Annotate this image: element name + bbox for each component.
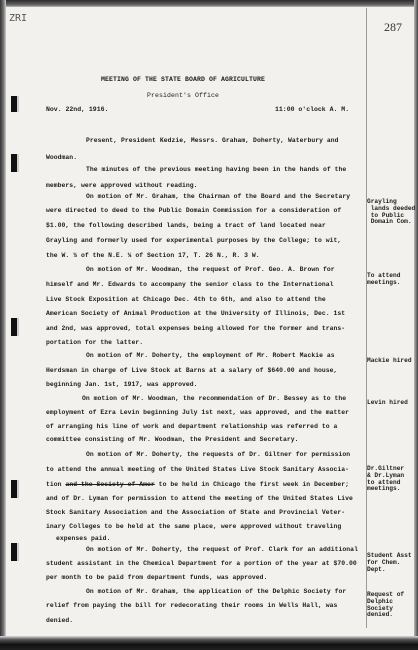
corner-code: ZRI [9,13,27,24]
text-line: On motion of Mr. Graham, the Chairman of… [86,193,350,200]
text-line: denied. [46,617,73,624]
text-line: Live Stock Exposition at Chicago Dec. 4t… [46,296,326,303]
text-line: and 2nd, was approved, total expenses be… [46,325,345,332]
text-fragment: to be held in Chicago the first week in … [155,481,349,488]
text-line: and of Dr. Lyman for permission to atten… [46,495,353,502]
margin-note-student-asst: Student Asst for Chem. Dept. [367,553,412,573]
margin-note-delphic: Request of Delphic Society denied. [367,592,404,619]
text-line: committee consisting of Mr. Woodman, the… [46,436,299,443]
document-title: MEETING OF THE STATE BOARD OF AGRICULTUR… [0,76,366,83]
text-line: The minutes of the previous meeting havi… [86,166,346,173]
text-line: On motion of Mr. Woodman, the recommenda… [82,395,346,402]
text-line-with-strikeout: tion and the Society of Amer to be held … [46,481,349,488]
text-line: himself and Mr. Edwards to accompany the… [46,281,334,288]
text-line: inary Colleges to be held at the same pl… [46,523,341,530]
meeting-date: Nov. 22nd, 1916. [46,106,108,113]
text-line: Stock Sanitary Association and the Assoc… [46,509,345,516]
text-fragment: tion [46,481,62,488]
margin-divider [366,8,367,628]
text-line: student assistant in the Chemical Depart… [46,560,357,567]
scan-bottom-edge [0,636,418,650]
document-subtitle: President's Office [0,92,366,99]
text-line: were directed to deed to the Public Doma… [46,207,341,214]
text-line: On motion of Mr. Doherty, the employment… [86,352,335,359]
binder-tab-mark [11,154,19,172]
document-page: ZRI 287 MEETING OF THE STATE BOARD OF AG… [0,0,418,650]
text-line: On motion of Mr. Doherty, the request of… [86,546,358,553]
text-line: $1.00, the following described lands, be… [46,222,326,229]
meeting-time: 11:00 o'clock A. M. [275,106,349,113]
text-line: Grayling and formerly used for experimen… [46,237,341,244]
margin-note-mackie: Mackie hired [367,358,412,365]
text-line: portation for the latter. [46,339,143,346]
scan-right-edge [414,0,418,650]
scan-top-edge [0,0,418,7]
text-line: Present, President Kedzie, Messrs. Graha… [86,137,339,144]
text-line: American Society of Animal Production at… [46,310,345,317]
binder-tab-mark [11,543,19,561]
text-line: relief from paying the bill for redecora… [46,602,337,609]
struck-text: and the Society of Amer [65,481,154,488]
margin-note-attend-meetings: To attend meetings. [367,273,400,287]
text-line: to attend the annual meeting of the Unit… [46,466,349,473]
text-line: members, were approved without reading. [46,182,198,189]
text-line: of arranging his line of work and depart… [46,423,337,430]
margin-note-levin: Levin hired [367,400,408,407]
margin-note-grayling: Grayling lands deeded to Public Domain C… [367,199,415,226]
text-line: expenses paid. [56,535,110,542]
binder-tab-mark [11,480,19,498]
binder-tab-mark [11,318,19,336]
text-line: beginning Jan. 1st, 1917, was approved. [46,381,198,388]
text-line: On motion of Mr. Doherty, the requests o… [86,451,350,458]
text-line: Herdsman in charge of Live Stock at Barn… [46,367,337,374]
text-line: On motion of Mr. Woodman, the request of… [86,266,335,273]
text-line: On motion of Mr. Graham, the application… [86,588,346,595]
text-line: employment of Ezra Levin beginning July … [46,409,349,416]
text-line: Woodman. [46,154,77,161]
text-line: per month to be paid from department fun… [46,574,267,581]
margin-note-giltner-lyman: Dr.Giltner & Dr.Lyman to attend meetings… [367,466,404,493]
text-line: the W. ½ of the N.E. ¼ of Section 17, T.… [46,252,260,259]
page-number: 287 [384,20,402,35]
